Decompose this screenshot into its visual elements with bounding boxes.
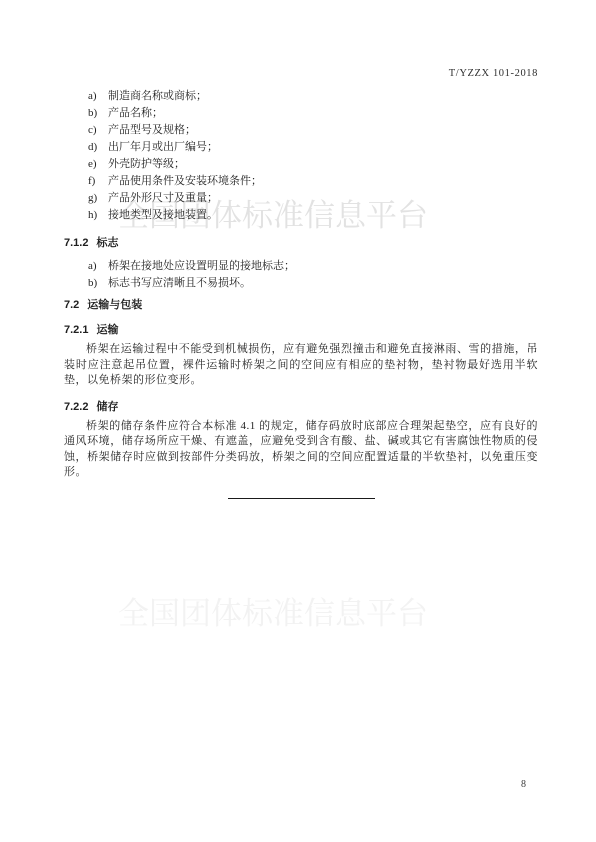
list-item-text: 制造商名称或商标； bbox=[108, 90, 207, 102]
section-title: 运输 bbox=[96, 324, 118, 336]
list-item: d)出厂年月或出厂编号； bbox=[88, 139, 538, 156]
list-item-text: 产品外形尺寸及重量； bbox=[108, 192, 218, 204]
section-title: 运输与包装 bbox=[87, 299, 142, 311]
marking-requirements-list: a)桥架在接地处应设置明显的接地标志； b)标志书写应清晰且不易损坏。 bbox=[64, 258, 538, 292]
list-item-text: 出厂年月或出厂编号； bbox=[108, 141, 218, 153]
list-item: c)产品型号及规格； bbox=[88, 122, 538, 139]
section-title: 储存 bbox=[96, 401, 118, 413]
list-item: b)标志书写应清晰且不易损坏。 bbox=[88, 275, 538, 292]
section-title: 标志 bbox=[96, 237, 118, 249]
footnote-rule bbox=[228, 498, 375, 499]
list-item: e)外壳防护等级； bbox=[88, 156, 538, 173]
section-number: 7.2.1 bbox=[64, 324, 88, 336]
header-doc-code: T/YZZX 101-2018 bbox=[449, 68, 538, 79]
list-item: f)产品使用条件及安装环境条件； bbox=[88, 173, 538, 190]
watermark-bottom: 全国团体标准信息平台 bbox=[118, 588, 448, 633]
section-heading-7-2: 7.2运输与包装 bbox=[64, 297, 538, 313]
storage-paragraph: 桥架的储存条件应符合本标准 4.1 的规定，储存码放时底部应合理架起垫空，应有良… bbox=[64, 419, 538, 481]
list-item: g)产品外形尺寸及重量； bbox=[88, 190, 538, 207]
list-item-marker: a) bbox=[88, 88, 108, 105]
list-item-text: 接地类型及接地装置。 bbox=[108, 209, 218, 221]
list-item: a)制造商名称或商标； bbox=[88, 88, 538, 105]
document-content: a)制造商名称或商标； b)产品名称； c)产品型号及规格； d)出厂年月或出厂… bbox=[64, 88, 538, 499]
list-item-marker: d) bbox=[88, 139, 108, 156]
list-item-marker: a) bbox=[88, 258, 108, 275]
list-item-marker: b) bbox=[88, 275, 108, 292]
section-number: 7.2.2 bbox=[64, 401, 88, 413]
transport-paragraph: 桥架在运输过程中不能受到机械损伤，应有避免强烈撞击和避免直接淋雨、雪的措施，吊装… bbox=[64, 342, 538, 389]
list-item-text: 外壳防护等级； bbox=[108, 158, 185, 170]
list-item-text: 标志书写应清晰且不易损坏。 bbox=[108, 277, 251, 289]
list-item-text: 产品型号及规格； bbox=[108, 124, 196, 136]
section-number: 7.2 bbox=[64, 299, 79, 311]
list-item: a)桥架在接地处应设置明显的接地标志； bbox=[88, 258, 538, 275]
list-item-marker: b) bbox=[88, 105, 108, 122]
list-item-marker: e) bbox=[88, 156, 108, 173]
list-item: h)接地类型及接地装置。 bbox=[88, 207, 538, 224]
section-heading-7-1-2: 7.1.2标志 bbox=[64, 235, 538, 251]
list-item-marker: h) bbox=[88, 207, 108, 224]
section-number: 7.1.2 bbox=[64, 237, 88, 249]
product-info-list: a)制造商名称或商标； b)产品名称； c)产品型号及规格； d)出厂年月或出厂… bbox=[64, 88, 538, 224]
list-item-text: 产品使用条件及安装环境条件； bbox=[108, 175, 262, 187]
section-heading-7-2-1: 7.2.1运输 bbox=[64, 322, 538, 338]
list-item: b)产品名称； bbox=[88, 105, 538, 122]
document-page: T/YZZX 101-2018 全国团体标准信息平台 全国团体标准信息平台 a)… bbox=[0, 0, 596, 842]
page-number: 8 bbox=[521, 779, 526, 790]
list-item-marker: g) bbox=[88, 190, 108, 207]
list-item-marker: c) bbox=[88, 122, 108, 139]
section-heading-7-2-2: 7.2.2储存 bbox=[64, 399, 538, 415]
list-item-text: 产品名称； bbox=[108, 107, 163, 119]
list-item-marker: f) bbox=[88, 173, 108, 190]
list-item-text: 桥架在接地处应设置明显的接地标志； bbox=[108, 260, 295, 272]
